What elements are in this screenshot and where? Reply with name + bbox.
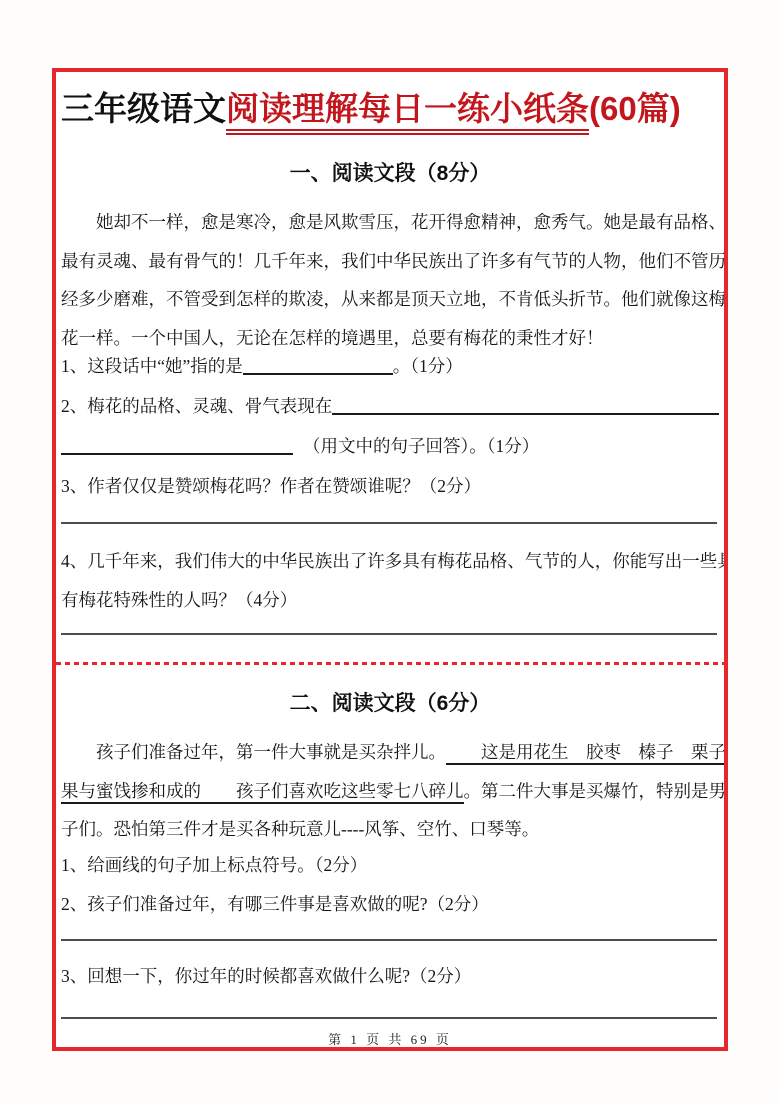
section1-question-2: 2、梅花的品格、灵魂、骨气表现在 — [61, 394, 719, 418]
question-points: 。（1分） — [393, 356, 463, 376]
worksheet-title: 三年级语文阅读理解每日一练小纸条(60篇) — [61, 88, 719, 135]
passage1-line: 花一样。一个中国人，无论在怎样的境遇里，总要有梅花的秉性才好！ — [61, 319, 719, 358]
section2-question-3: 3、回想一下，你过年的时候都喜欢做什么呢?（2分） — [61, 964, 719, 988]
section-divider-dashed — [56, 662, 724, 665]
question-text: 2、梅花的品格、灵魂、骨气表现在 — [61, 394, 332, 418]
title-count: (60篇) — [589, 90, 681, 127]
section2-question-2: 2、孩子们准备过年，有哪三件事是喜欢做的呢?（2分） — [61, 892, 719, 916]
section1-question-4-continued: 有梅花特殊性的人吗？（4分） — [61, 588, 719, 612]
section1-question-3: 3、作者仅仅是赞颂梅花吗？作者在赞颂谁呢？（2分） — [61, 474, 719, 498]
answer-blank — [61, 441, 293, 455]
passage-text: 孩子们准备过年，第一件大事就是买杂拌儿。 — [96, 742, 446, 762]
question-hint: （用文中的句子回答）。（1分） — [303, 436, 539, 456]
page-footer: 第 1 页 共 69 页 — [61, 1029, 719, 1048]
question-text: 1、这段话中“她”指的是 — [61, 356, 243, 376]
section1-question-4: 4、几千年来，我们伟大的中华民族出了许多具有梅花品格、气节的人，你能写出一些具 — [61, 549, 719, 573]
answer-rule — [61, 522, 717, 524]
answer-blank — [332, 401, 719, 415]
passage2-line: 孩子们准备过年，第一件大事就是买杂拌儿。这是用花生 胶枣 榛子 栗子等干 — [61, 733, 719, 772]
title-grade-label: 三年级语文 — [61, 90, 226, 127]
answer-rule — [61, 633, 717, 635]
section2-heading: 二、阅读文段（6分） — [61, 691, 719, 717]
passage2-line: 果与蜜饯掺和成的 孩子们喜欢吃这些零七八碎儿。第二件大事是买爆竹，特别是男孩 — [61, 772, 719, 811]
passage1-line: 最有灵魂、最有骨气的！几千年来，我们中华民族出了许多有气节的人物，他们不管历 — [61, 242, 719, 281]
passage1-line: 经多少磨难，不管受到怎样的欺凌，从来都是顶天立地，不肯低头折节。他们就像这梅 — [61, 280, 719, 319]
passage1-line: 她却不一样，愈是寒冷，愈是风欺雪压，花开得愈精神，愈秀气。她是最有品格、 — [61, 203, 719, 242]
underlined-sentence: 这是用花生 胶枣 榛子 栗子等干 — [446, 742, 728, 765]
answer-rule — [61, 1017, 717, 1019]
answer-rule — [61, 939, 717, 941]
section1-heading: 一、阅读文段（8分） — [61, 161, 719, 187]
passage2-line: 子们。恐怕第三件才是买各种玩意儿----风筝、空竹、口琴等。 — [61, 810, 719, 849]
passage-text: 。第二件大事是买爆竹，特别是男孩 — [464, 781, 729, 801]
section2-question-1: 1、给画线的句子加上标点符号。（2分） — [61, 853, 719, 877]
page-canvas: 三年级语文阅读理解每日一练小纸条(60篇) 一、阅读文段（8分） 她却不一样，愈… — [0, 0, 780, 1103]
section1-question-2-continued: （用文中的句子回答）。（1分） — [61, 434, 719, 458]
section1-question-1: 1、这段话中“她”指的是。（1分） — [61, 354, 719, 378]
title-main-underlined: 阅读理解每日一练小纸条 — [226, 90, 589, 135]
passage1: 她却不一样，愈是寒冷，愈是风欺雪压，花开得愈精神，愈秀气。她是最有品格、 最有灵… — [61, 203, 719, 357]
answer-blank — [243, 361, 393, 375]
passage2: 孩子们准备过年，第一件大事就是买杂拌儿。这是用花生 胶枣 榛子 栗子等干 果与蜜… — [61, 733, 719, 849]
worksheet-border: 三年级语文阅读理解每日一练小纸条(60篇) 一、阅读文段（8分） 她却不一样，愈… — [52, 68, 728, 1051]
underlined-sentence: 果与蜜饯掺和成的 孩子们喜欢吃这些零七八碎儿 — [61, 781, 464, 804]
